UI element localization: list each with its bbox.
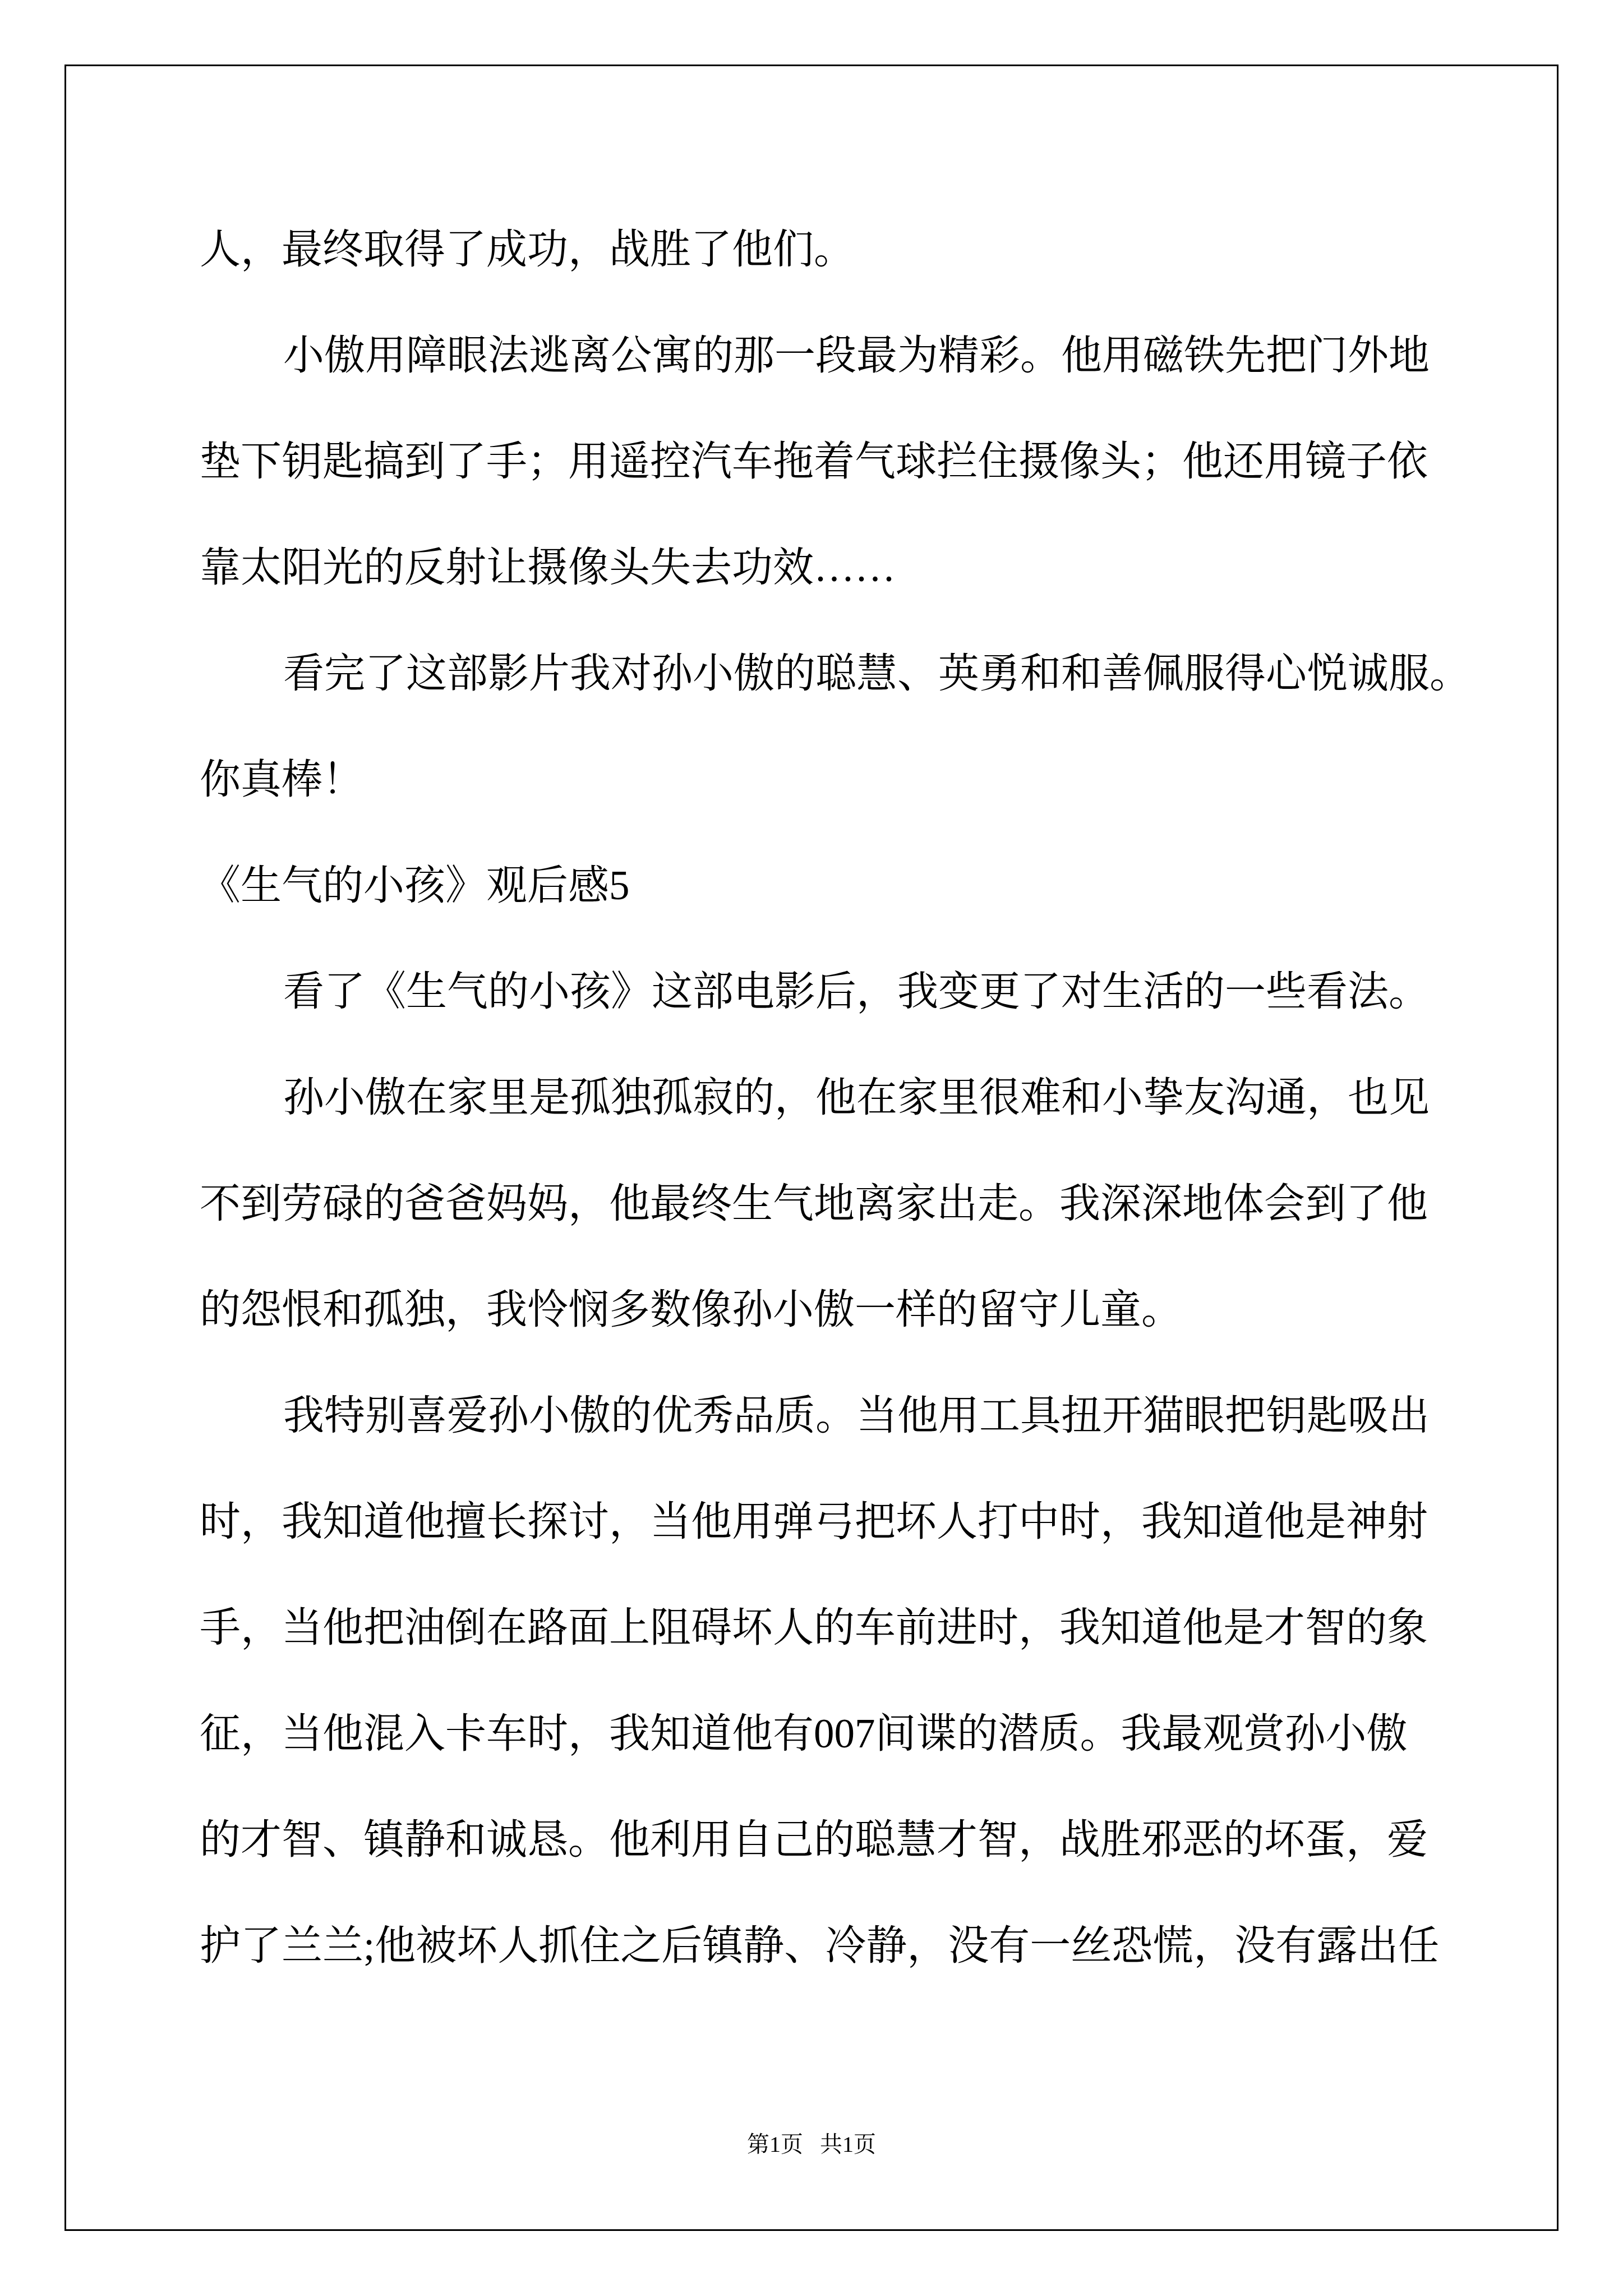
paragraph-line-8: 看了《生气的小孩》这部电影后，我变更了对生活的一些看法。 — [200, 938, 1433, 1045]
paragraph-line-2: 小傲用障眼法逃离公寓的那一段最为精彩。他用磁铁先把门外地 — [200, 302, 1433, 408]
paragraph-line-5: 看完了这部影片我对孙小傲的聪慧、英勇和和善佩服得心悦诚服。 — [200, 620, 1433, 726]
text-line-4: 靠太阳光的反射让摄像头失去功效…… — [200, 514, 1433, 620]
document-body: 人，最终取得了成功，战胜了他们。 小傲用障眼法逃离公寓的那一段最为精彩。他用磁铁… — [200, 196, 1433, 1999]
text-line-15: 征，当他混入卡车时，我知道他有007间谍的潜质。我最观赏孙小傲 — [200, 1681, 1433, 1787]
text-line-11: 的怨恨和孤独，我怜悯多数像孙小傲一样的留守儿童。 — [200, 1257, 1433, 1363]
paragraph-line-12: 我特别喜爱孙小傲的优秀品质。当他用工具扭开猫眼把钥匙吸出 — [200, 1363, 1433, 1469]
page-number-footer: 第1页 共1页 — [0, 2131, 1623, 2159]
section-heading: 《生气的小孩》观后感5 — [200, 832, 1433, 938]
text-line-17: 护了兰兰;他被坏人抓住之后镇静、冷静，没有一丝恐慌，没有露出任 — [200, 1893, 1433, 1999]
text-line-10: 不到劳碌的爸爸妈妈，他最终生气地离家出走。我深深地体会到了他 — [200, 1151, 1433, 1257]
text-line-16: 的才智、镇静和诚恳。他利用自己的聪慧才智，战胜邪恶的坏蛋，爱 — [200, 1787, 1433, 1893]
text-line-1: 人，最终取得了成功，战胜了他们。 — [200, 196, 1433, 302]
paragraph-line-9: 孙小傲在家里是孤独孤寂的，他在家里很难和小挚友沟通，也见 — [200, 1045, 1433, 1151]
text-line-6: 你真棒！ — [200, 726, 1433, 832]
text-line-3: 垫下钥匙搞到了手；用遥控汽车拖着气球拦住摄像头；他还用镜子依 — [200, 408, 1433, 514]
text-line-14: 手，当他把油倒在路面上阻碍坏人的车前进时，我知道他是才智的象 — [200, 1575, 1433, 1681]
text-line-13: 时，我知道他擅长探讨，当他用弹弓把坏人打中时，我知道他是神射 — [200, 1469, 1433, 1575]
